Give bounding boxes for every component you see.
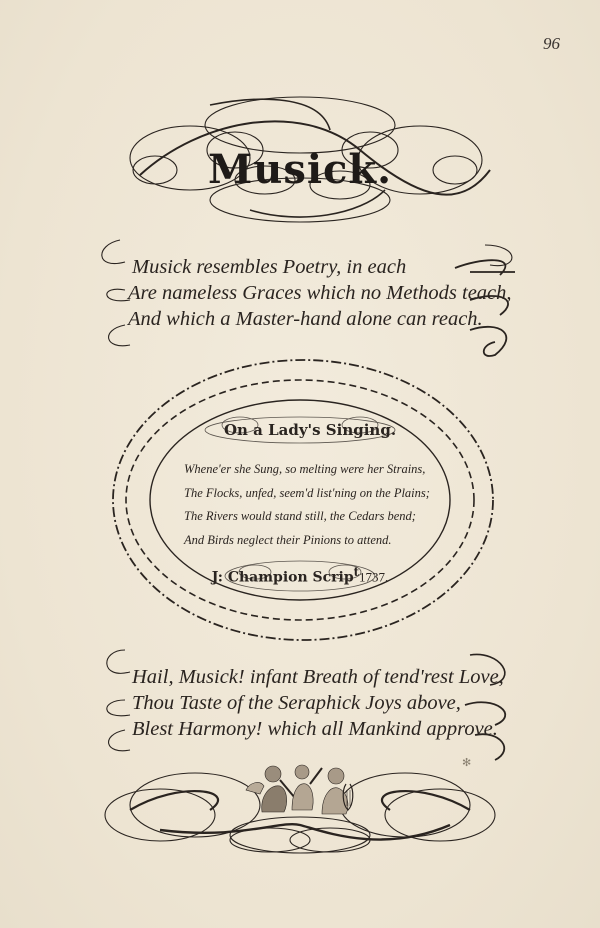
signature-year: 1737. — [359, 570, 388, 585]
verse-line: Musick resembles Poetry, in each — [132, 254, 512, 280]
page-title: Musick. — [0, 146, 600, 193]
verse-line: Are nameless Graces which no Methods tea… — [128, 280, 512, 306]
verse-top: Musick resembles Poetry, in each Are nam… — [132, 254, 512, 332]
poem-line: The Rivers would stand still, the Cedars… — [184, 505, 430, 529]
poem-line: Whene'er she Sung, so melting were her S… — [184, 458, 430, 482]
svg-text:✻: ✻ — [462, 756, 471, 769]
engraved-page: 96 — [0, 0, 600, 928]
verse-line: Thou Taste of the Seraphick Joys above, — [132, 690, 504, 716]
poem-line: The Flocks, unfed, seem'd list'ning on t… — [184, 482, 430, 506]
signature-name: J: Champion Scrip — [212, 570, 354, 586]
verse-line: Blest Harmony! which all Mankind approve… — [132, 716, 504, 742]
verse-line: Hail, Musick! infant Breath of tend'rest… — [132, 664, 504, 690]
verse-line: And which a Master-hand alone can reach. — [128, 306, 512, 332]
verse-bottom: Hail, Musick! infant Breath of tend'rest… — [132, 664, 504, 742]
signature: J: Champion Script1737. — [0, 565, 600, 586]
poem-body: Whene'er she Sung, so melting were her S… — [184, 458, 430, 552]
poem-line: And Birds neglect their Pinions to atten… — [184, 529, 430, 553]
page-number: 96 — [543, 34, 560, 54]
cherubs-vignette-icon — [238, 760, 368, 820]
poem-title: On a Lady's Singing. — [0, 421, 600, 439]
